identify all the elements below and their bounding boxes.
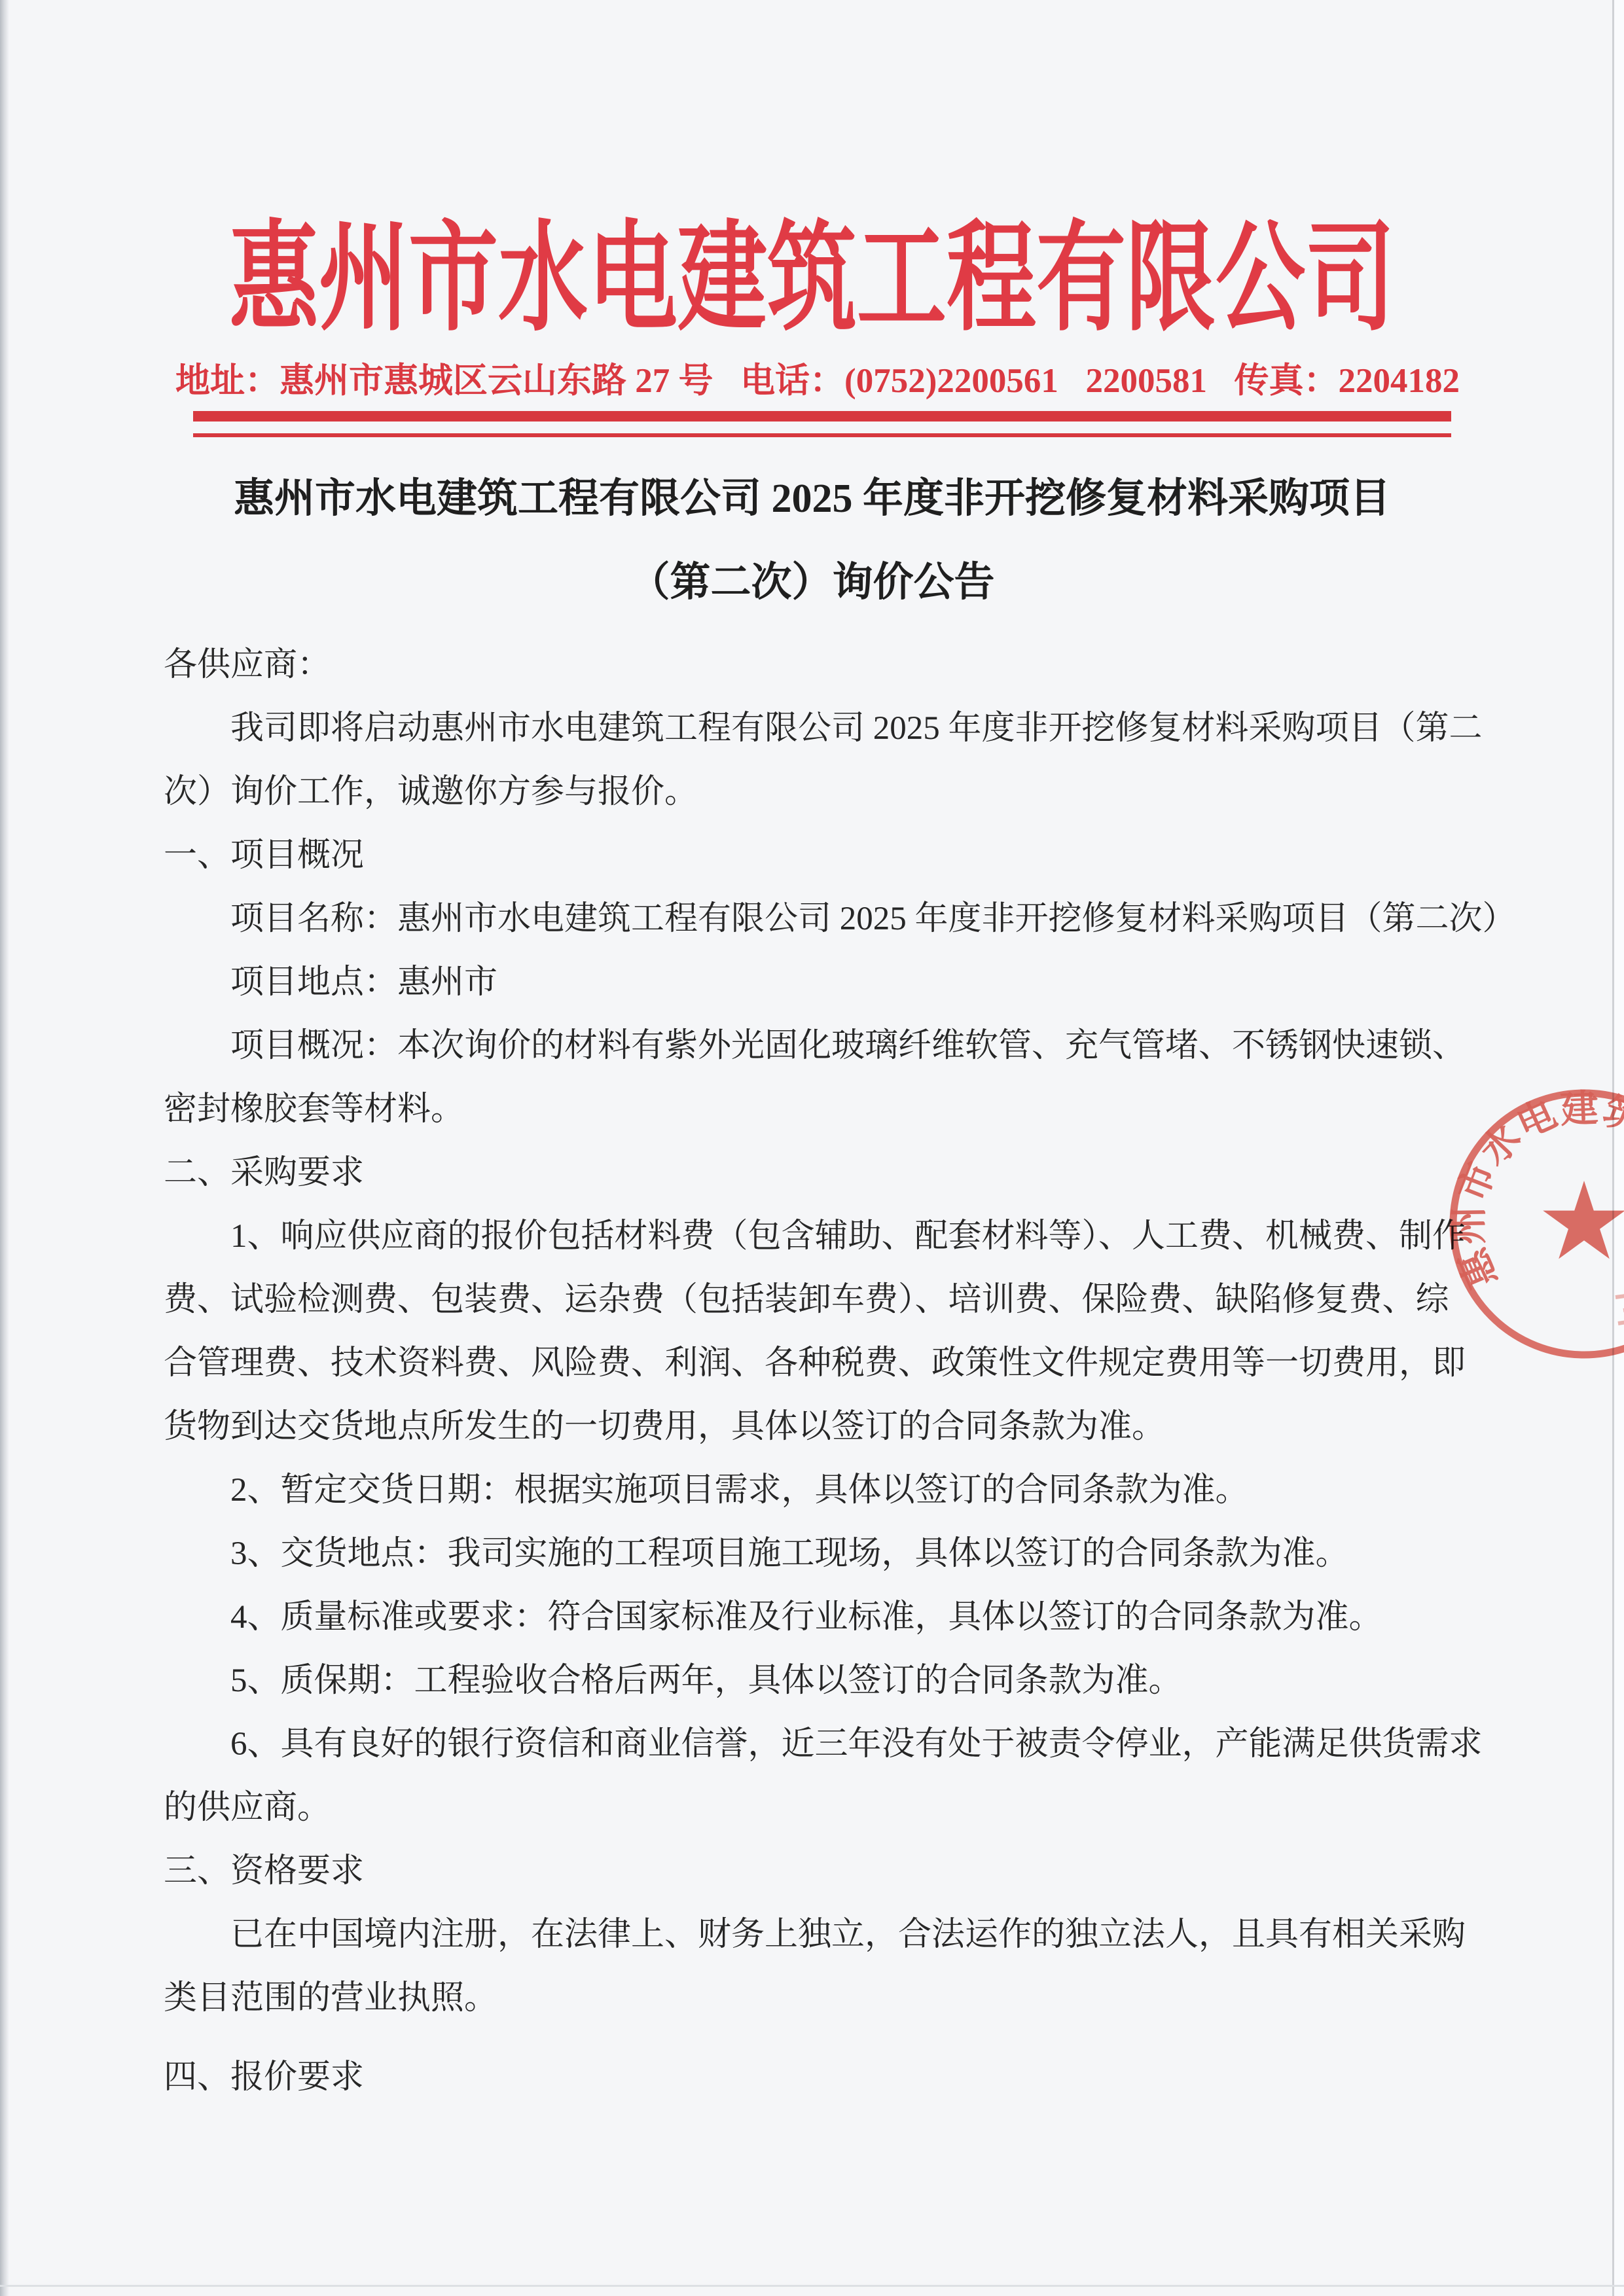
- letterhead-address: 地址：惠州市惠城区云山东路 27 号: [175, 361, 713, 401]
- body-line: 次）询价工作，诚邀你方参与报价。: [164, 772, 1466, 812]
- body-line: 5、质保期：工程验收合格后两年，具体以签订的合同条款为准。: [164, 1660, 1533, 1701]
- document-title-line2: （第二次）询价公告: [0, 558, 1624, 607]
- body-line: 3、交货地点：我司实施的工程项目施工现场，具体以签订的合同条款为准。: [164, 1534, 1533, 1574]
- letterhead-rule-thick: [193, 411, 1451, 422]
- body-section-heading-1: 一、项目概况: [164, 835, 1466, 876]
- scan-edge-bottom: [0, 2285, 1624, 2287]
- body-section-heading-3: 三、资格要求: [164, 1851, 1466, 1892]
- letterhead-phone: 电话：(0752)2200561: [740, 361, 1058, 401]
- body-line: 项目概况：本次询价的材料有紫外光固化玻璃纤维软管、充气管堵、不锈钢快速锁、: [164, 1026, 1533, 1066]
- body-section-heading-4: 四、报价要求: [164, 2057, 1466, 2098]
- body-line: 项目地点：惠州市: [164, 962, 1533, 1003]
- body-line-salutation: 各供应商：: [164, 645, 1466, 685]
- seal-arc-text: 惠州市水电建筑工程有限公司: [1448, 1087, 1624, 1295]
- letterhead-contact-row: 地址：惠州市惠城区云山东路 27 号 电话：(0752)2200561 2200…: [175, 361, 1460, 401]
- letterhead-company-name: 惠州市水电建筑工程有限公司: [0, 220, 1624, 339]
- body-line: 项目名称：惠州市水电建筑工程有限公司 2025 年度非开挖修复材料采购项目（第二…: [164, 899, 1533, 939]
- scan-edge-right-band: [1614, 0, 1624, 2296]
- body-line: 2、暂定交货日期：根据实施项目需求，具体以签订的合同条款为准。: [164, 1470, 1533, 1511]
- body-section-heading-2: 二、采购要求: [164, 1153, 1466, 1193]
- body-line: 我司即将启动惠州市水电建筑工程有限公司 2025 年度非开挖修复材料采购项目（第…: [164, 708, 1533, 749]
- letterhead-rule-thin: [193, 433, 1451, 437]
- body-line: 类目范围的营业执照。: [164, 1978, 1466, 2018]
- document-title-line1: 惠州市水电建筑工程有限公司 2025 年度非开挖修复材料采购项目: [0, 474, 1624, 524]
- body-line: 费、试验检测费、包装费、运杂费（包括装卸车费）、培训费、保险费、缺陷修复费、综: [164, 1280, 1466, 1320]
- body-line: 合管理费、技术资料费、风险费、利润、各种税费、政策性文件规定费用等一切费用，即: [164, 1343, 1466, 1384]
- body-line: 的供应商。: [164, 1787, 1466, 1828]
- letterhead-phone2: 2200581: [1085, 361, 1207, 401]
- body-line: 4、质量标准或要求：符合国家标准及行业标准，具体以签订的合同条款为准。: [164, 1597, 1533, 1638]
- letterhead-fax: 传真：2204182: [1235, 361, 1460, 401]
- body-line: 已在中国境内注册，在法律上、财务上独立，合法运作的独立法人，且具有相关采购: [164, 1914, 1533, 1955]
- scan-edge-left: [0, 0, 9, 2296]
- body-line: 1、响应供应商的报价包括材料费（包含辅助、配套材料等）、人工费、机械费、制作: [164, 1216, 1533, 1257]
- body-line: 货物到达交货地点所发生的一切费用，具体以签订的合同条款为准。: [164, 1407, 1466, 1447]
- body-line: 密封橡胶套等材料。: [164, 1089, 1466, 1130]
- scan-edge-right-line: [1612, 0, 1614, 2296]
- body-line: 6、具有良好的银行资信和商业信誉，近三年没有处于被责令停业，产能满足供货需求: [164, 1724, 1533, 1765]
- scanned-document-page: 惠州市水电建筑工程有限公司 地址：惠州市惠城区云山东路 27 号 电话：(075…: [0, 0, 1624, 2296]
